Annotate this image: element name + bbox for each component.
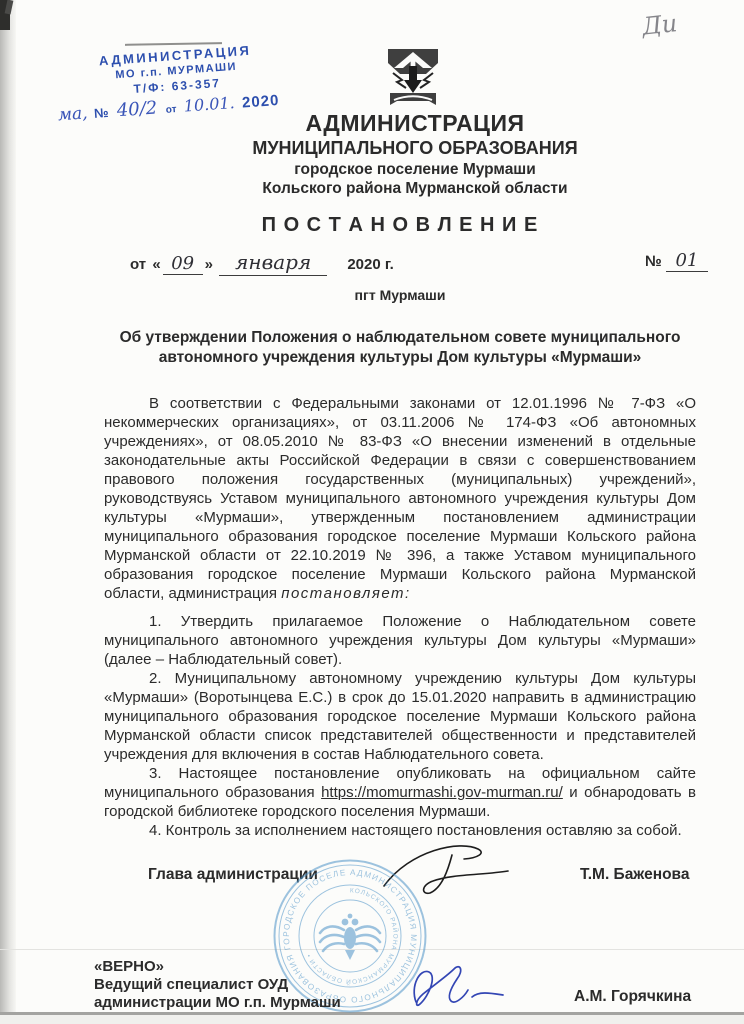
stamp-number-label: № (94, 105, 110, 121)
resolves-word: постановляет: (281, 585, 411, 602)
scan-left-edge (0, 0, 16, 1024)
specialist-name: А.М. Горячкина (574, 988, 691, 1006)
stamp-year: 2020 (241, 92, 279, 112)
place-line: пгт Мурмаши (100, 287, 700, 303)
specialist-signature-ink (406, 960, 518, 1014)
document-type-heading: П О С Т А Н О В Л Е Н И Е (95, 214, 705, 237)
preamble-paragraph: В соответствии с Федеральными законами о… (104, 394, 696, 603)
seal-eagle-body (342, 914, 359, 960)
handwritten-number: 01 (675, 250, 698, 271)
head-of-administration-name: Т.М. Баженова (580, 866, 690, 884)
number-label: № (645, 253, 662, 270)
quote-open: « (152, 256, 160, 273)
specialist-title-line-1: Ведущий специалист ОУД (94, 976, 414, 994)
date-ot-label: от (130, 256, 146, 273)
org-name-line-2: МУНИЦИПАЛЬНОГО ОБРАЗОВАНИЯ (110, 138, 720, 159)
handwritten-month: января (235, 250, 311, 274)
stamp-handwritten-initials: ма, (57, 103, 88, 125)
document-number: № 01 (645, 250, 708, 272)
specialist-title-line-2: администрации МО г.п. Мурмаши (94, 994, 414, 1012)
item-4: 4. Контроль за исполнением настоящего по… (104, 821, 696, 840)
org-name-line-3: городское поселение Мурмаши (110, 161, 720, 179)
organization-header: АДМИНИСТРАЦИЯ МУНИЦИПАЛЬНОГО ОБРАЗОВАНИЯ… (110, 110, 720, 198)
certification-block: «ВЕРНО» Ведущий специалист ОУД администр… (94, 958, 414, 1012)
org-name-line-4: Кольского района Мурманской области (110, 180, 720, 198)
scanned-resolution-document: АДМИНИСТРАЦИЯ МО г.п. МУРМАШИ Т/Ф: 63-35… (0, 0, 744, 1024)
item-2: 2. Муниципальному автономному учреждению… (104, 669, 696, 764)
handwritten-day: 09 (171, 253, 194, 274)
handwritten-paraph: Ди (641, 3, 733, 40)
resolution-items: 1. Утвердить прилагаемое Положение о Наб… (104, 612, 696, 840)
scan-bottom-strip (0, 1015, 744, 1024)
coat-of-arms-icon (382, 47, 444, 109)
org-name-line-1: АДМИНИСТРАЦИЯ (110, 110, 720, 137)
verno-label: «ВЕРНО» (94, 958, 414, 976)
website-url: https://momurmashi.gov-murman.ru/ (321, 784, 563, 801)
date-number-row: от «09» января 2020 г. № 01 (100, 250, 712, 284)
quote-close: » (205, 256, 213, 273)
preamble-text: В соответствии с Федеральными законами о… (104, 395, 696, 602)
year-label: 2020 г. (347, 256, 393, 273)
document-title: Об утверждении Положения о наблюдательно… (100, 328, 700, 368)
item-3: 3. Настоящее постановление опубликовать … (104, 764, 696, 821)
item-1: 1. Утвердить прилагаемое Положение о Наб… (104, 612, 696, 669)
